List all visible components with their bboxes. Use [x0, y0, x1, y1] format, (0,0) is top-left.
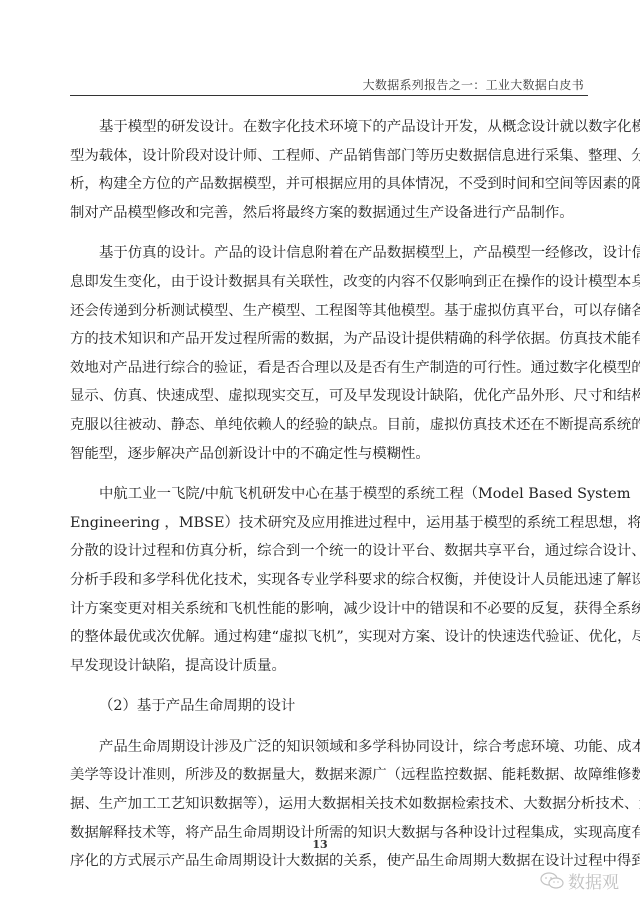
page-number: 13 [0, 838, 640, 851]
text-line: 还会传递到分析测试模型、生产模型、工程图等其他模型。基于虚拟仿真平台，可以存储各 [70, 297, 588, 326]
text-line: 据、生产加工工艺知识数据等），运用大数据相关技术如数据检索技术、大数据分析技术、… [70, 790, 588, 819]
text-line: 分析手段和多学科优化技术，实现各专业学科要求的综合权衡，并使设计人员能迅速了解设 [70, 566, 588, 595]
text-line: 显示、仿真、快速成型、虚拟现实交互，可及早发现设计缺陷，优化产品外形、尺寸和结构… [70, 382, 588, 411]
text-line: 克服以往被动、静态、单纯依赖人的经验的缺点。目前，虚拟仿真技术还在不断提高系统的 [70, 411, 588, 440]
text-line: 计方案变更对相关系统和飞机性能的影响，减少设计中的错误和不必要的反复，获得全系统 [70, 595, 588, 624]
watermark-text: 数据观 [568, 868, 619, 893]
section-heading: （2）基于产品生命周期的设计 [70, 692, 588, 721]
text-line: 美学等设计准则，所涉及的数据量大，数据来源广（远程监控数据、能耗数据、故障维修数 [70, 761, 588, 790]
watermark: 数据观 [540, 868, 619, 893]
text-line: 息即发生变化，由于设计数据具有关联性，改变的内容不仅影响到正在操作的设计模型本身… [70, 268, 588, 297]
paragraph-mbse-case: 中航工业一飞院/中航飞机研发中心在基于模型的系统工程（Model Based S… [70, 480, 588, 680]
text-line: 效地对产品进行综合的验证，看是否合理以及是否有生产制造的可行性。通过数字化模型的 [70, 354, 588, 383]
wechat-icon [540, 872, 564, 890]
header-title: 大数据系列报告之一：工业大数据白皮书 [363, 76, 584, 93]
paragraph-simulation-based-design: 基于仿真的设计。产品的设计信息附着在产品数据模型上，产品模型一经修改，设计信 息… [70, 239, 588, 468]
text-line: 方的技术知识和产品开发过程所需的数据，为产品设计提供精确的科学依据。仿真技术能有 [70, 325, 588, 354]
document-body: 基于模型的研发设计。在数字化技术环境下的产品设计开发，从概念设计就以数字化模 型… [70, 113, 588, 888]
text-line: 基于模型的研发设计。在数字化技术环境下的产品设计开发，从概念设计就以数字化模 [70, 113, 588, 142]
text-line: 的整体最优或次优解。通过构建“虚拟飞机”，实现对方案、设计的快速迭代验证、优化，… [70, 623, 588, 652]
text-line: 早发现设计缺陷，提高设计质量。 [70, 652, 588, 681]
paragraph-lifecycle-design: 产品生命周期设计涉及广泛的知识领域和多学科协同设计，综合考虑环境、功能、成本、 … [70, 733, 588, 876]
text-line: 析，构建全方位的产品数据模型，并可根据应用的具体情况，不受到时间和空间等因素的限 [70, 170, 588, 199]
text-line: 分散的设计过程和仿真分析，综合到一个统一的设计平台、数据共享平台，通过综合设计、 [70, 537, 588, 566]
text-line: 智能型，逐步解决产品创新设计中的不确定性与模糊性。 [70, 440, 588, 469]
text-line: Engineering ，MBSE）技术研究及应用推进过程中，运用基于模型的系统… [70, 509, 588, 538]
paragraph-model-based-design: 基于模型的研发设计。在数字化技术环境下的产品设计开发，从概念设计就以数字化模 型… [70, 113, 588, 227]
text-line: 中航工业一飞院/中航飞机研发中心在基于模型的系统工程（Model Based S… [70, 480, 588, 509]
running-header: 大数据系列报告之一：工业大数据白皮书 [70, 76, 588, 96]
text-line: 序化的方式展示产品生命周期设计大数据的关系，使产品生命周期大数据在设计过程中得到 [70, 847, 588, 876]
text-line: 型为载体，设计阶段对设计师、工程师、产品销售部门等历史数据信息进行采集、整理、分 [70, 142, 588, 171]
text-line: 基于仿真的设计。产品的设计信息附着在产品数据模型上，产品模型一经修改，设计信 [70, 239, 588, 268]
text-line: 制对产品模型修改和完善，然后将最终方案的数据通过生产设备进行产品制作。 [70, 199, 588, 228]
text-line: 产品生命周期设计涉及广泛的知识领域和多学科协同设计，综合考虑环境、功能、成本、 [70, 733, 588, 762]
